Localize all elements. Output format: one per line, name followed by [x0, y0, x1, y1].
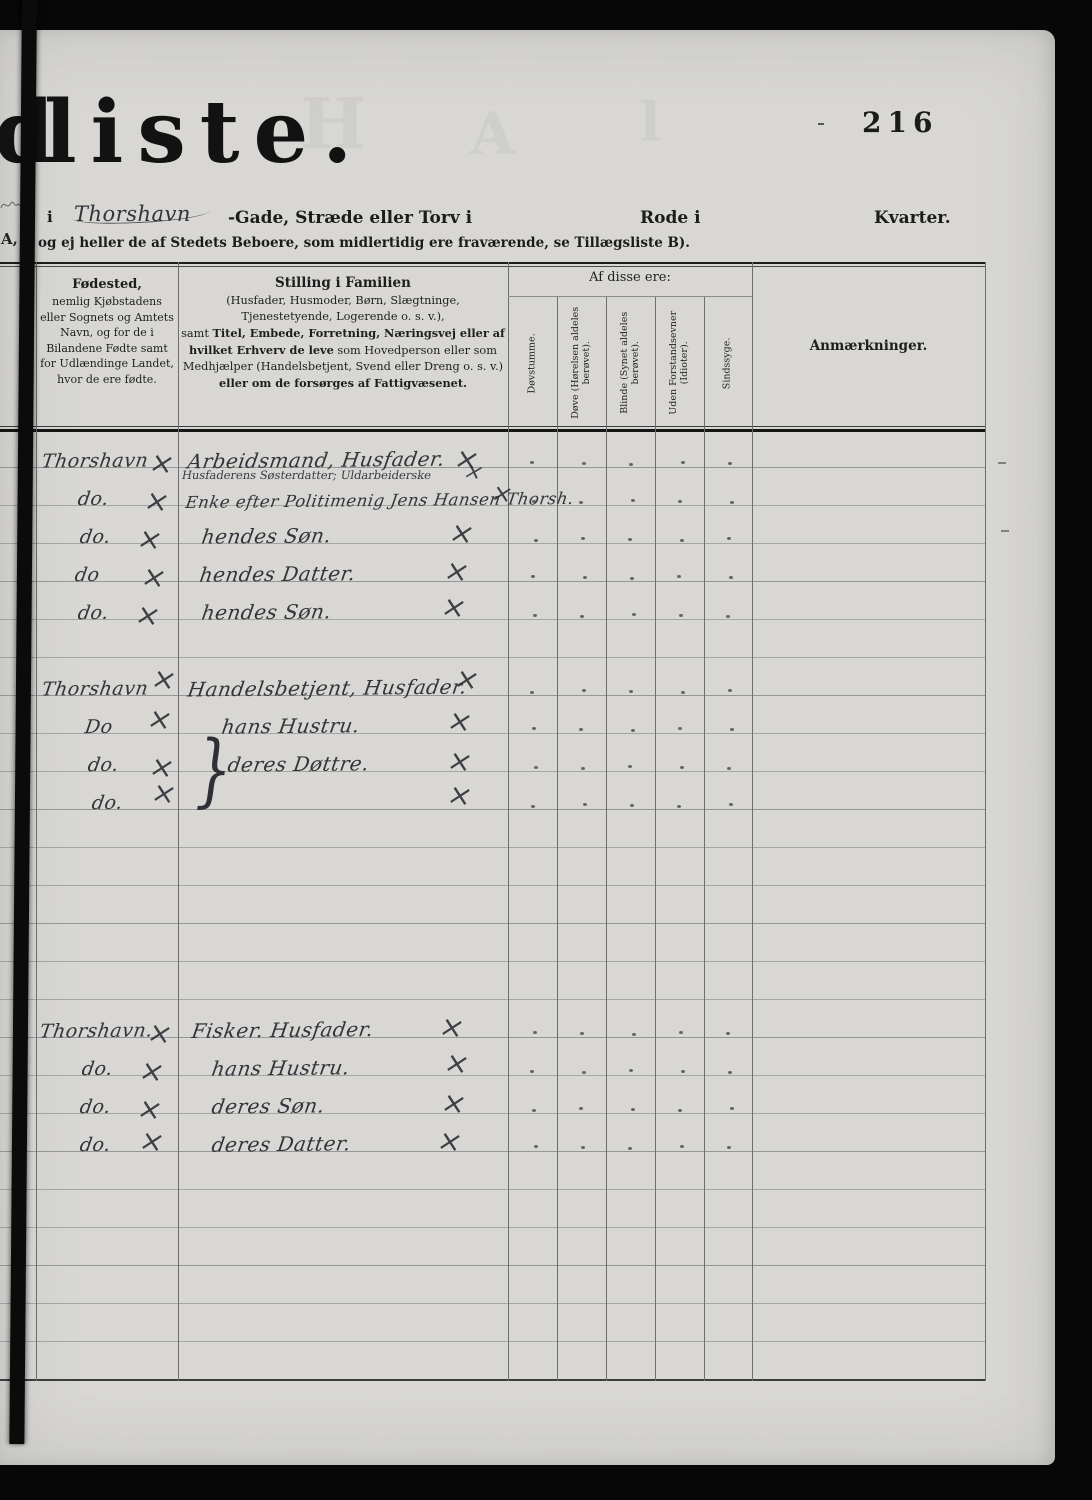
birthplace-cell: do. — [78, 1096, 112, 1118]
table-row: do. × deres Døttre. × — [0, 740, 985, 778]
birthplace-cell: do. — [86, 754, 120, 776]
position-header-segment: som Hovedperson eller som — [334, 344, 497, 357]
birthplace-cell: do. — [90, 792, 124, 814]
check-mark: × — [441, 556, 473, 588]
position-cell: hans Hustru. — [210, 1055, 352, 1080]
birthplace-cell: Thorshavn. — [38, 1019, 154, 1042]
column-header-deaf-mute: Døvstumme. — [508, 296, 557, 430]
position-cell: deres Datter. — [210, 1131, 353, 1156]
column-header-remarks: Anmærkninger. — [752, 338, 985, 354]
birthplace-header-title: Fødested, — [36, 276, 178, 294]
check-mark: × — [144, 704, 176, 736]
table-row: Thorshavn × Handelsbetjent, Husfader. × — [0, 664, 985, 702]
check-mark: × — [434, 1126, 466, 1158]
instruction-line: og ej heller de af Stedets Beboere, som … — [38, 235, 690, 251]
position-cell: hendes Søn. — [200, 599, 333, 624]
birthplace-cell: do. — [78, 1134, 112, 1156]
status-group-header: Af disse ere: — [508, 270, 752, 285]
position-header-line: (Husfader, Husmoder, Børn, Slægtninge, — [178, 293, 508, 309]
birthplace-cell: Thorshavn — [40, 449, 150, 472]
row-rule — [0, 1189, 985, 1190]
position-cell: deres Søn. — [210, 1093, 326, 1118]
table-row: Do × hans Hustru. × — [0, 702, 985, 740]
margin-dash — [1001, 530, 1009, 532]
row-rule — [0, 961, 985, 962]
check-mark: × — [148, 664, 180, 696]
vertical-label: Sindssyge. — [723, 299, 734, 427]
table-row: do. × deres Datter. × — [0, 1120, 985, 1158]
position-header-segment: eller om de forsørges af Fattigvæsenet. — [219, 376, 467, 390]
position-cell: Enke efter Politimenig Jens Hansen Thors… — [184, 489, 575, 512]
table-row: do. × deres Søn. × — [0, 1082, 985, 1120]
instruction-text: og ej heller de af Stedets Beboere, som … — [38, 235, 668, 251]
rode-label: Rode i — [640, 208, 701, 228]
check-mark: × — [444, 746, 476, 778]
table-row: do × hendes Datter. × — [0, 550, 985, 588]
row-rule — [0, 923, 985, 924]
margin-letter-fragment: A, — [1, 230, 18, 248]
bleedthrough-ghost: l — [640, 90, 661, 154]
table-row: do. × hans Hustru. × — [0, 1044, 985, 1082]
birthplace-header-line: hvor de ere fødte. — [36, 372, 178, 388]
bleedthrough-ghost: A — [470, 100, 515, 168]
column-rule — [752, 262, 753, 1381]
check-mark: × — [451, 664, 483, 696]
street-label: -Gade, Stræde eller Torv i — [228, 208, 472, 228]
position-header-segment: Titel, Embede, Forretning, Næringsvej el… — [212, 326, 504, 340]
page-title: liste. — [44, 82, 366, 183]
birthplace-cell: do. — [76, 602, 110, 624]
position-cell: Handelsbetjent, Husfader. — [186, 675, 469, 702]
row-rule — [0, 1341, 985, 1342]
vertical-label: Døvstumme. — [527, 299, 538, 427]
column-header-idiot: Uden Forstandsevner (Idioter). — [655, 296, 704, 430]
row-rule — [0, 885, 985, 886]
address-i-label: i — [47, 208, 53, 226]
check-mark: × — [441, 1048, 473, 1080]
row-rule — [0, 1303, 985, 1304]
position-cell: Fisker. Husfader. — [190, 1017, 375, 1043]
row-rule — [0, 999, 985, 1000]
check-mark: × — [438, 592, 470, 624]
margin-dash — [998, 462, 1006, 464]
position-header-line: eller om de forsørges af Fattigvæsenet. — [178, 375, 508, 392]
position-header-title: Stilling i Familien — [178, 274, 508, 293]
table-row: do. × Enke efter Politimenig Jens Hansen… — [0, 474, 985, 512]
birthplace-header-line: Bilandene Fødte samt — [36, 341, 178, 357]
birthplace-header-line: for Udlændinge Landet, — [36, 356, 178, 372]
table-top-rule — [0, 262, 985, 264]
vertical-label: Døve (Hørelsen aldeles berøvet). — [571, 299, 593, 427]
check-mark: × — [148, 778, 180, 810]
column-header-blind: Blinde (Synet aldeles berøvet). — [606, 296, 655, 430]
header-bottom-rule — [0, 429, 985, 432]
row-rule — [0, 847, 985, 848]
handwritten-place-name: Thorshavn — [74, 202, 191, 226]
column-rule — [178, 262, 179, 1381]
check-mark: × — [136, 1126, 168, 1158]
table-row: do. × hendes Søn. × — [0, 588, 985, 626]
position-header-line: Tjenestetyende, Logerende o. s. v.), — [178, 309, 508, 325]
ink-dash — [818, 123, 824, 125]
birthplace-cell: do — [73, 564, 101, 586]
page-number: 216 — [862, 106, 938, 139]
vertical-label: Blinde (Synet aldeles berøvet). — [620, 299, 642, 427]
birthplace-header-line: nemlig Kjøbstadens — [36, 294, 178, 310]
table-row: do. × × — [0, 778, 985, 816]
check-mark: × — [444, 780, 476, 812]
position-header-segment: hvilket Erhverv de leve — [189, 343, 334, 357]
birthplace-cell: do. — [78, 526, 112, 548]
margin-scribble — [0, 196, 22, 214]
position-cell: hendes Søn. — [200, 523, 333, 548]
header-bottom-rule — [0, 426, 985, 427]
row-rule — [0, 657, 985, 658]
birthplace-header-line: eller Sognets og Amtets — [36, 310, 178, 326]
row-rule — [0, 1379, 985, 1381]
column-header-insane: Sindssyge. — [704, 296, 752, 430]
vertical-label: Uden Forstandsevner (Idioter). — [669, 299, 691, 427]
table-row: Thorshavn. × Fisker. Husfader. × — [0, 1006, 985, 1044]
census-page-paper: H A l d liste. 216 i Thorshavn -Gade, St… — [0, 30, 1055, 1465]
table-row: do. × hendes Søn. × — [0, 512, 985, 550]
position-header-line: hvilket Erhverv de leve som Hovedperson … — [178, 342, 508, 359]
kvarter-label: Kvarter. — [874, 208, 951, 228]
position-cell: deres Døttre. — [226, 751, 371, 776]
column-header-deaf: Døve (Hørelsen aldeles berøvet). — [557, 296, 606, 430]
column-rule — [985, 262, 986, 1381]
position-cell: hendes Datter. — [198, 561, 357, 587]
row-rule — [0, 1265, 985, 1266]
birthplace-cell: do. — [80, 1058, 114, 1080]
birthplace-cell: do. — [76, 488, 110, 510]
column-header-position: Stilling i Familien (Husfader, Husmoder,… — [178, 274, 508, 393]
table-top-rule — [0, 266, 985, 267]
check-mark: × — [438, 1088, 470, 1120]
row-rule — [0, 1227, 985, 1228]
birthplace-cell: Do — [83, 716, 114, 738]
appendix-ref: B). — [668, 235, 691, 251]
column-header-birthplace: Fødested, nemlig Kjøbstadens eller Sogne… — [36, 276, 178, 388]
position-header-line: Medhjælper (Handelsbetjent, Svend eller … — [178, 359, 508, 375]
check-mark: × — [132, 600, 164, 632]
position-cell: hans Hustru. — [220, 713, 362, 738]
birthplace-cell: Thorshavn — [40, 677, 150, 700]
position-header-line: samt Titel, Embede, Forretning, Næringsv… — [178, 325, 508, 342]
check-mark: × — [444, 706, 476, 738]
column-rule — [36, 262, 37, 1381]
position-header-segment: samt — [181, 327, 212, 340]
scanned-census-page: { "page_number": "216", "title": { "left… — [0, 0, 1092, 1500]
birthplace-header-line: Navn, og for de i — [36, 325, 178, 341]
check-mark: × — [436, 1012, 468, 1044]
check-mark: × — [446, 518, 478, 550]
